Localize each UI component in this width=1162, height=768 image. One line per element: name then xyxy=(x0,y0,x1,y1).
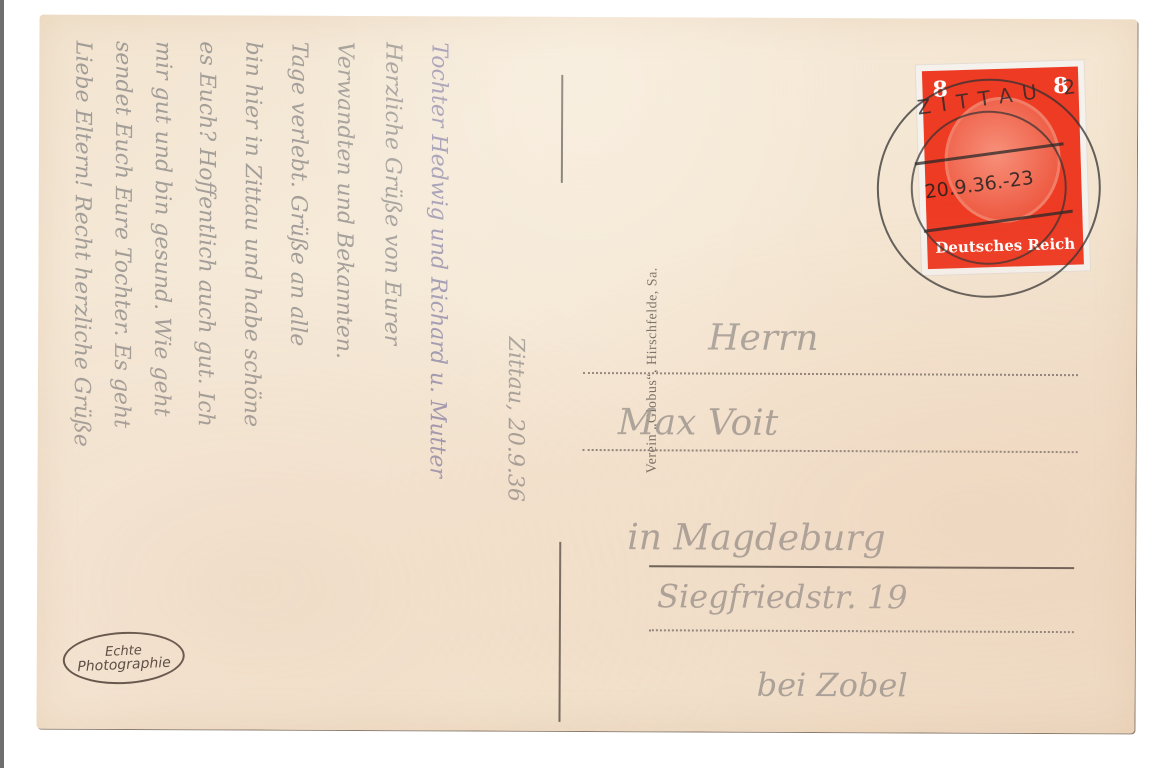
message-line: bin hier in Zittau und habe schöne xyxy=(239,41,266,427)
handwritten-message: Liebe Eltern! Recht herzliche Grüße send… xyxy=(57,35,530,707)
address-line-4 xyxy=(649,629,1074,633)
message-line: Liebe Eltern! Recht herzliche Grüße xyxy=(69,41,96,447)
message-line: mir gut und bin gesund. Wie geht xyxy=(149,41,176,416)
address-street: Siegfriedstr. 19 xyxy=(657,577,908,616)
message-line: Tochter Hedwig und Richard u. Mutter xyxy=(425,42,452,478)
address-name: Max Voit xyxy=(618,402,779,444)
address-care-of: bei Zobel xyxy=(757,666,908,705)
center-divider-bottom xyxy=(558,542,561,722)
message-line: Herzliche Grüße von Eurer xyxy=(379,42,405,345)
message-line: Verwandten und Bekannten. xyxy=(331,42,357,359)
message-line: sendet Euch Eure Tochter. Es geht xyxy=(109,41,136,428)
center-divider-top xyxy=(561,75,563,183)
postcard-back: Liebe Eltern! Recht herzliche Grüße send… xyxy=(36,15,1137,734)
address-city: in Magdeburg xyxy=(627,517,886,559)
publisher-imprint: Verein „Globus“, Hirschfelde, Sa. xyxy=(644,215,661,525)
photo-mark-line2: Photographie xyxy=(77,655,171,673)
address-salutation: Herrn xyxy=(708,318,818,359)
message-line: es Euch? Hoffentlich auch gut. Ich xyxy=(193,41,220,427)
scan-edge xyxy=(0,0,4,768)
message-date-line: Zittau, 20.9.36 xyxy=(502,337,528,502)
address-line-3 xyxy=(649,565,1074,569)
message-line: Tage verlebt. Grüße an alle xyxy=(285,42,311,347)
